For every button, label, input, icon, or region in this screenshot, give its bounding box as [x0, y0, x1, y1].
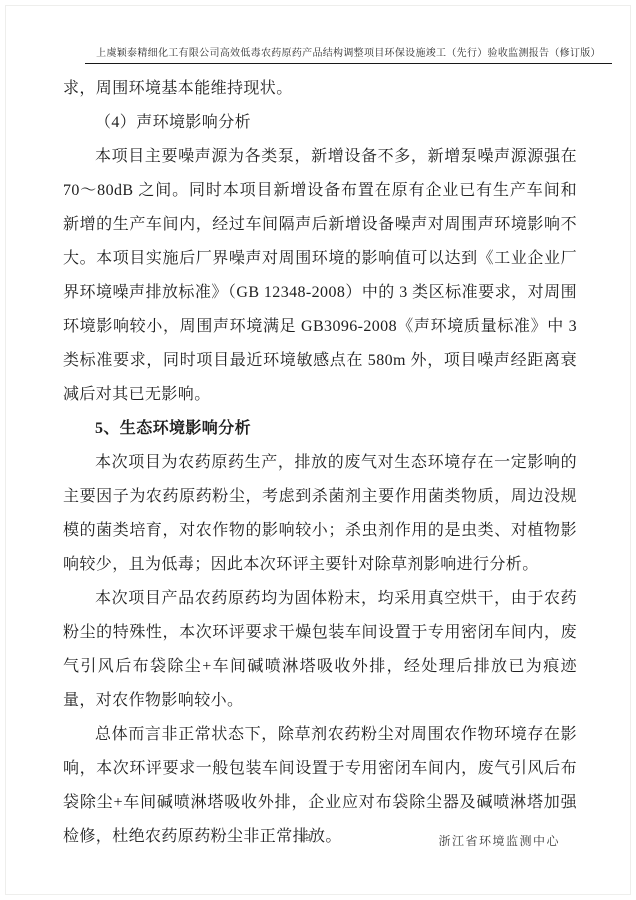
paragraph-eco-2: 本次项目产品农药原药均为固体粉末，均采用真空烘干，由于农药粉尘的特殊性，本次环评…: [63, 582, 577, 718]
paragraph-continuation: 求，周围环境基本能维持现状。: [63, 72, 577, 106]
document-canvas: 上虞颖泰精细化工有限公司高效低毒农药原药产品结构调整项目环保设施竣工（先行）验收…: [0, 0, 636, 900]
running-header: 上虞颖泰精细化工有限公司高效低毒农药原药产品结构调整项目环保设施竣工（先行）验收…: [85, 44, 612, 64]
document-page: 上虞颖泰精细化工有限公司高效低毒农药原药产品结构调整项目环保设施竣工（先行）验收…: [6, 6, 630, 894]
page-number: 13: [299, 832, 312, 844]
paragraph-noise-analysis: 本项目主要噪声源为各类泵，新增设备不多，新增泵噪声源源强在 70～80dB 之间…: [63, 140, 577, 412]
heading-eco-analysis: 5、生态环境影响分析: [63, 412, 577, 446]
paragraph-eco-1: 本次项目为农药原药生产，排放的废气对生态环境存在一定影响的主要因子为农药原药粉尘…: [63, 446, 577, 582]
heading-sound-analysis: （4）声环境影响分析: [63, 106, 577, 140]
footer-organization: 浙江省环境监测中心: [438, 832, 560, 849]
document-body: 求，周围环境基本能维持现状。 （4）声环境影响分析 本项目主要噪声源为各类泵，新…: [63, 72, 577, 854]
